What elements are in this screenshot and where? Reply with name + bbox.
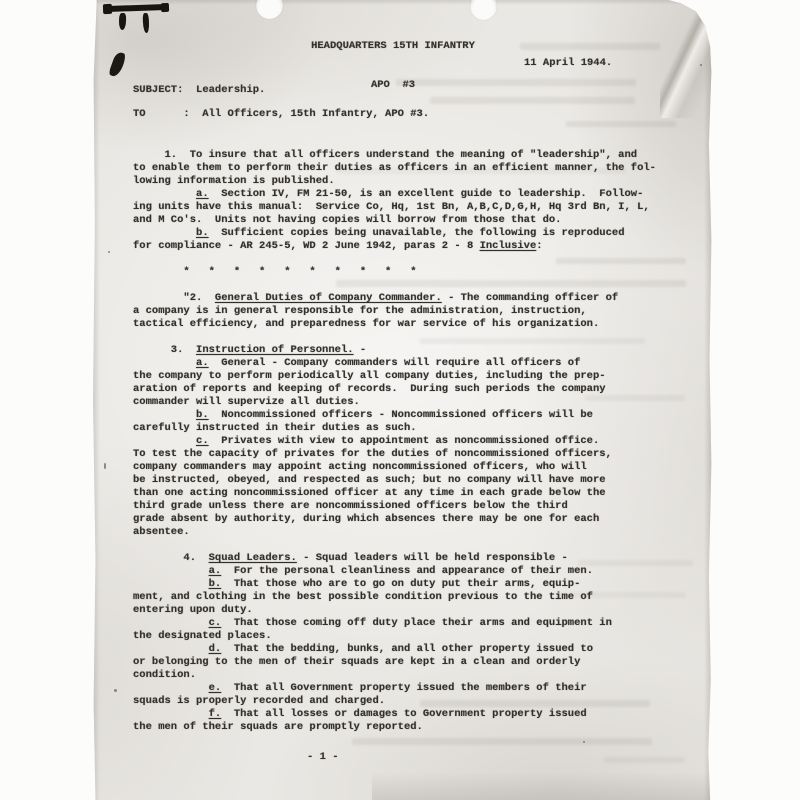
text-line: aration of reports and keeping of record… [133,383,656,396]
text-line: the designated places. [133,630,656,643]
text-line: a company is in general responsible for … [133,305,656,318]
subject-spacer [183,84,196,96]
text-line: b. Noncommissioned officers - Noncommiss… [133,409,656,422]
bleedthrough-smudge [352,738,652,745]
text-line: c. That those coming off duty place thei… [133,617,656,630]
paper-left-edge-shadow [93,0,100,800]
text-line: lowing information is published. [133,175,656,188]
text-line: d. That the bedding, bunks, and all othe… [133,643,656,656]
text-line: b. Sufficient copies being unavailable, … [133,227,656,240]
text-line: commander will supervize all duties. [133,396,656,409]
text-line: a. Section IV, FM 21-50, is an excellent… [133,188,656,201]
text-line: squads is properly recorded and charged. [133,695,656,708]
scan-speck [104,463,106,469]
text-line: c. Privates with view to appointment as … [133,435,656,448]
text-line: "2. General Duties of Company Commander.… [133,292,656,305]
text-line [133,253,656,266]
text-line: absentee. [133,526,656,539]
letterhead-unit: HEADQUARTERS 15TH INFANTRY [93,40,693,53]
text-line: and M Co's. Units not having copies will… [133,214,656,227]
bleedthrough-smudge [604,757,684,763]
page-number: - 1 - [307,751,339,764]
text-line: 1. To insure that all officers understan… [133,149,656,162]
text-line [133,331,656,344]
text-line: or belonging to the men of their squads … [133,656,656,669]
subject-label: SUBJECT: [133,84,183,96]
text-line: to enable them to perform their duties a… [133,162,656,175]
paper-top-edge-shadow [93,0,712,5]
subject-line: SUBJECT: Leadership. [133,84,265,97]
paper-right-edge-shadow [704,0,712,800]
scan-speck [108,251,110,253]
text-line: To test the capacity of privates for the… [133,448,656,461]
bleedthrough-smudge [566,121,676,127]
text-line: ing units have this manual: Service Co, … [133,201,656,214]
text-line: ment, and clothing in the best possible … [133,591,656,604]
text-line: the men of their squads are promptly rep… [133,721,656,734]
text-line [133,539,656,552]
text-line: company commanders may appoint acting no… [133,461,656,474]
paper-bottom-stain [372,772,712,800]
text-line: third grade unless there are noncommissi… [133,500,656,513]
text-line: e. That all Government property issued t… [133,682,656,695]
date: 11 April 1944. [524,57,612,70]
text-line: grade absent by authority, during which … [133,513,656,526]
text-line: a. For the personal cleanliness and appe… [133,565,656,578]
text-line: than one acting noncommissioned officer … [133,487,656,500]
text-line: for compliance - AR 245-5, WD 2 June 194… [133,240,656,253]
document-body: 1. To insure that all officers understan… [133,149,656,734]
text-line: the company to perform periodically all … [133,370,656,383]
text-line: 3. Instruction of Personnel. - [133,344,656,357]
text-line: * * * * * * * * * * [133,266,656,279]
to-line: TO : All Officers, 15th Infantry, APO #3… [133,108,429,121]
subject-value: Leadership. [196,84,265,96]
text-line: 4. Squad Leaders. - Squad leaders will b… [133,552,656,565]
scan-speck [114,689,117,692]
text-line: carefully instructed in their duties as … [133,422,656,435]
text-line: entering upon duty. [133,604,656,617]
text-line: condition. [133,669,656,682]
text-line: f. That all losses or damages to Governm… [133,708,656,721]
text-line [133,279,656,292]
text-line: b. That those who are to go on duty put … [133,578,656,591]
text-line: a. General - Company commanders will req… [133,357,656,370]
scan-speck [583,741,585,743]
scan-speck [700,64,702,66]
text-line: tactical efficiency, and preparedness fo… [133,318,656,331]
text-line: be instructed, obeyed, and respected as … [133,474,656,487]
scanned-document-page: { "colors": { "ink": "#33302b", "paper":… [0,0,800,800]
